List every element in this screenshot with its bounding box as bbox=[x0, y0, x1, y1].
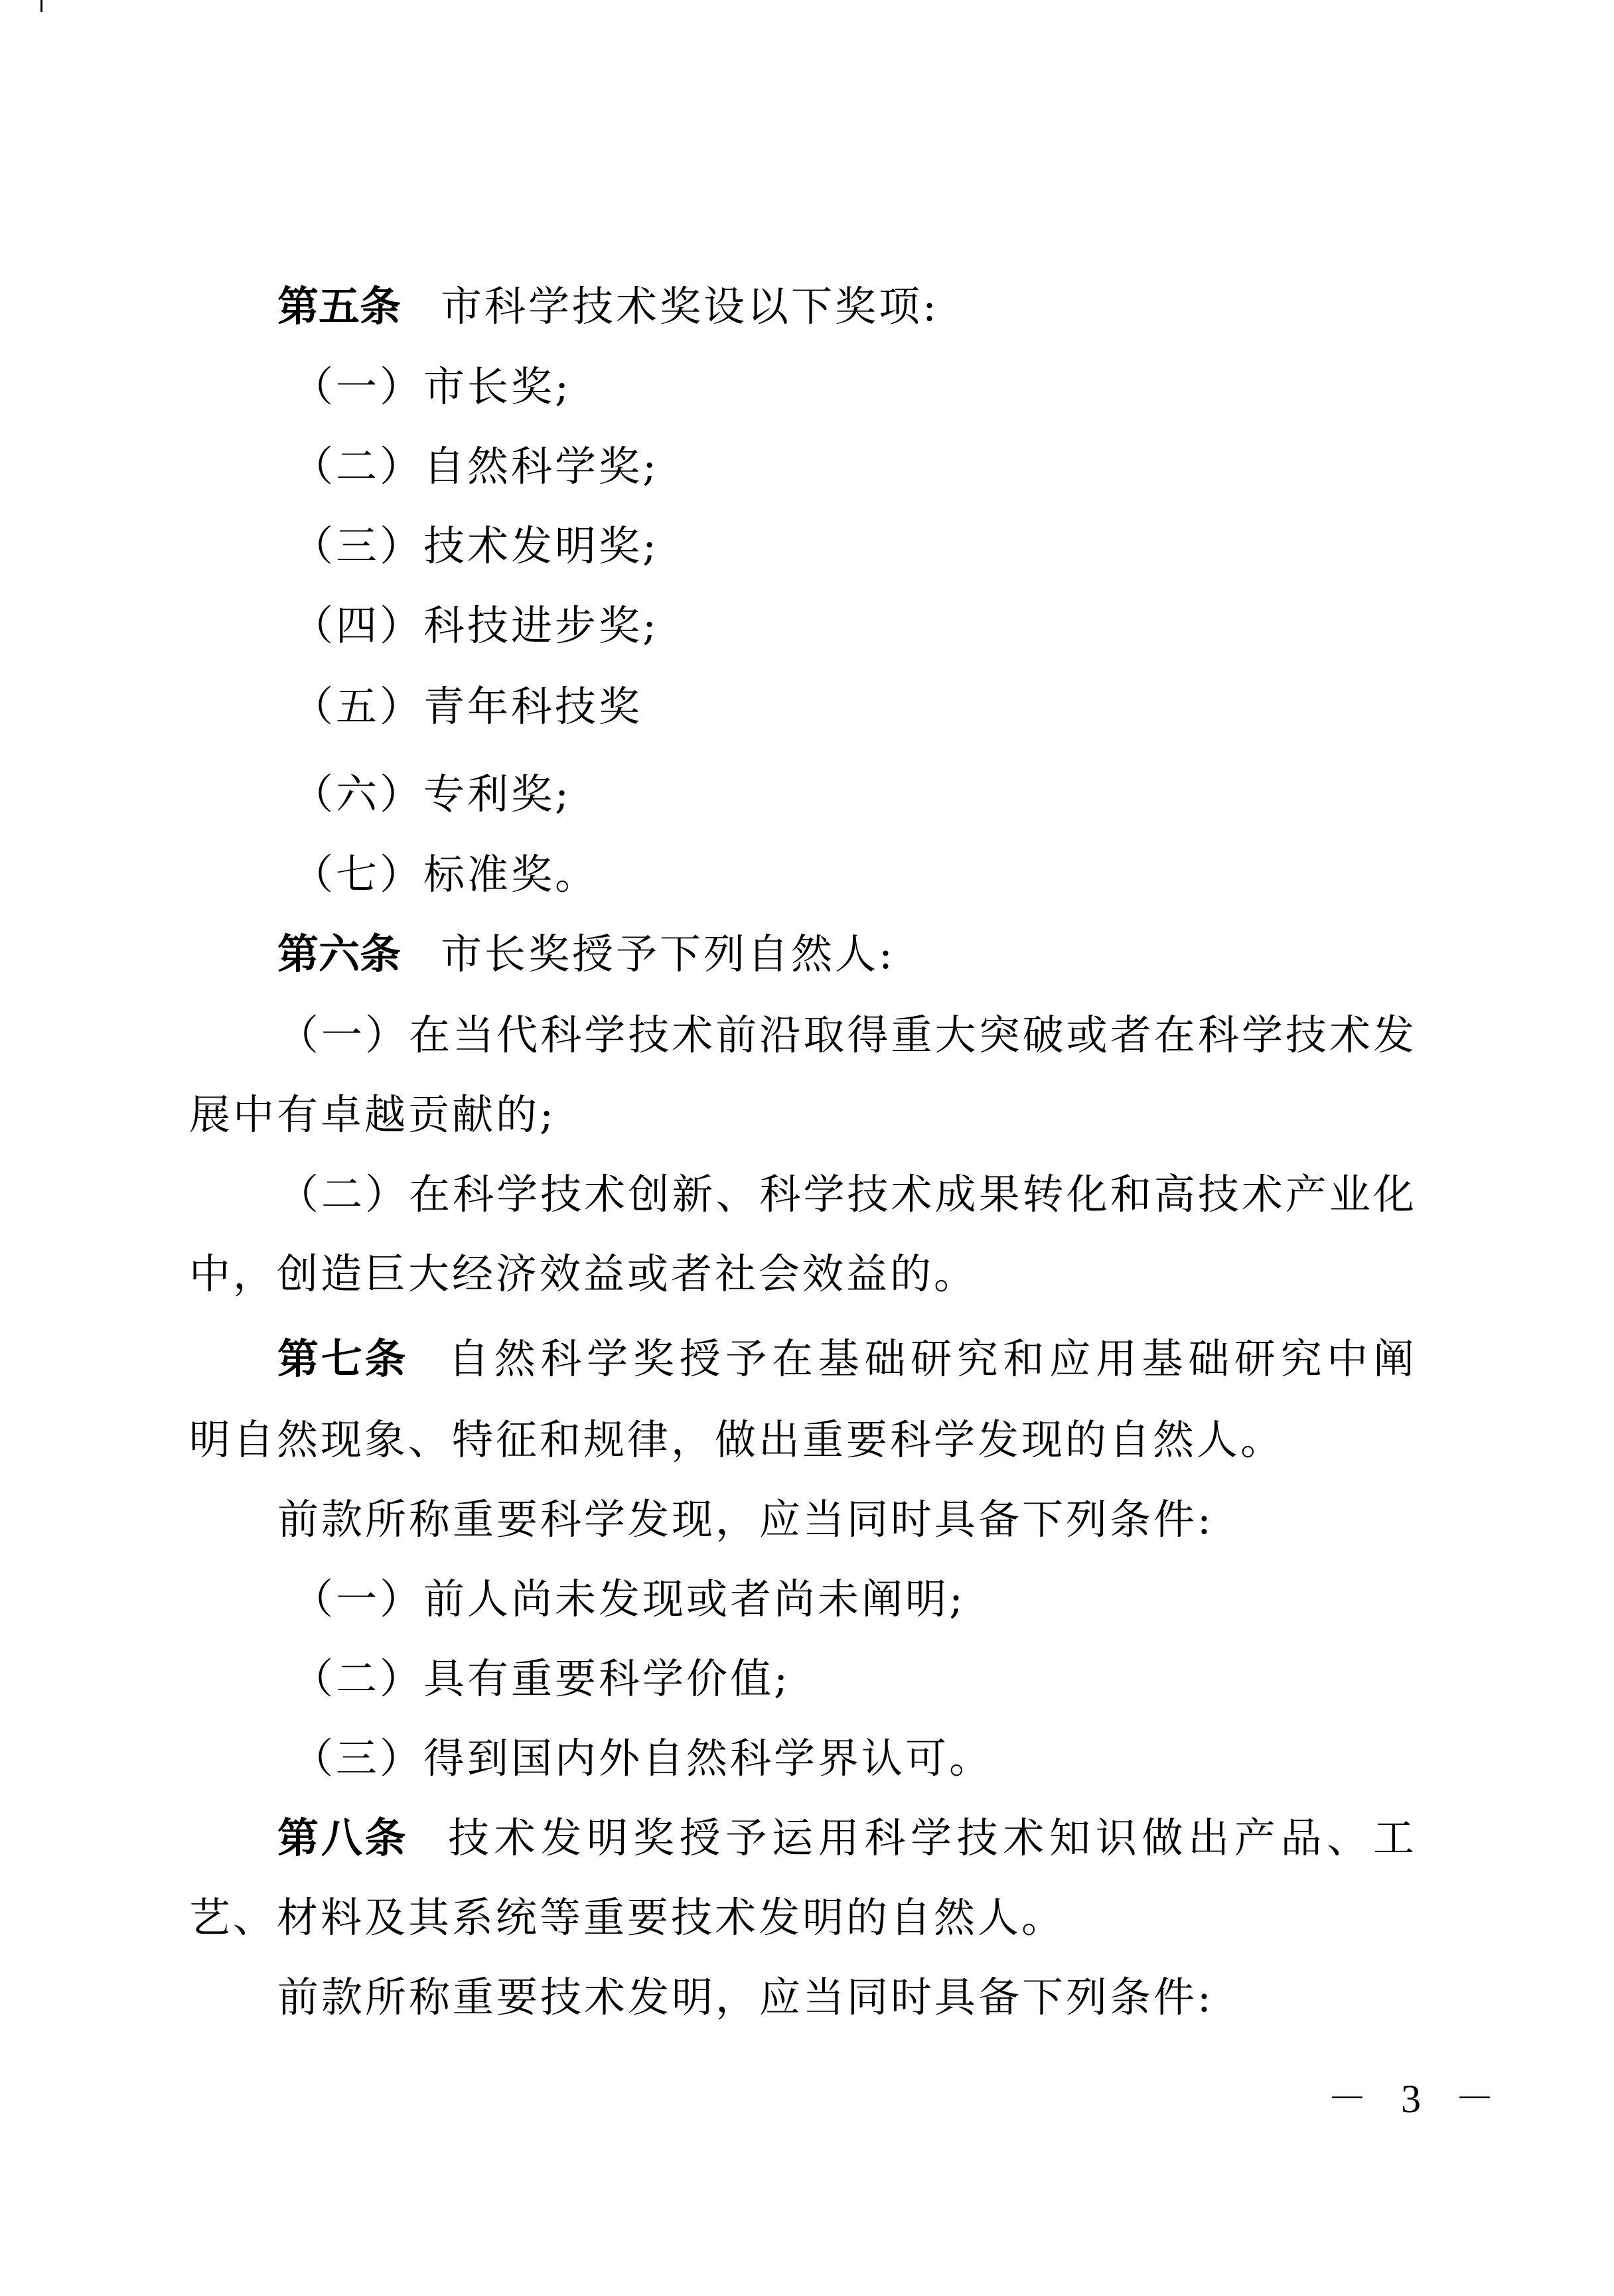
page-number: － 3 － bbox=[1327, 2076, 1506, 2122]
article-6-item-2-line-2: 中，创造巨大经济效益或者社会效益的。 bbox=[189, 1251, 978, 1297]
article-6-heading: 第六条市长奖授予下列自然人: bbox=[277, 931, 895, 977]
article-5-label: 第五条 bbox=[277, 282, 401, 330]
article-7-item-1: （一）前人尚未发现或者尚未阐明; bbox=[292, 1576, 966, 1622]
article-7-paragraph-2: 前款所称重要科学发现，应当同时具备下列条件: bbox=[277, 1496, 1214, 1543]
article-7-item-3: （三）得到国内外自然科学界认可。 bbox=[292, 1735, 993, 1782]
article-6-item-2-line-1: （二）在科学技术创新、科学技术成果转化和高技术产业化 bbox=[277, 1171, 1417, 1218]
article-6-item-1-line-1: （一）在当代科学技术前沿取得重大突破或者在科学技术发 bbox=[277, 1012, 1417, 1058]
article-6-item-1-line-2: 展中有卓越贡献的; bbox=[189, 1092, 556, 1138]
article-5-item-1: （一）市长奖; bbox=[292, 364, 571, 410]
article-5-item-2: （二）自然科学奖; bbox=[292, 443, 659, 490]
article-5-item-4: （四）科技进步奖; bbox=[292, 603, 659, 649]
article-5-lead: 市科学技术奖设以下奖项: bbox=[441, 282, 939, 330]
scan-margin-mark bbox=[40, 0, 42, 12]
article-7-lead-line-1: 自然科学奖授予在基础研究和应用基础研究中阐 bbox=[448, 1334, 1417, 1383]
article-5-item-6: （六）专利奖; bbox=[292, 771, 571, 818]
article-8-heading: 第八条技术发明奖授予运用科学技术知识做出产品、工 bbox=[277, 1815, 1417, 1861]
article-8-lead-line-1: 技术发明奖授予运用科学技术知识做出产品、工 bbox=[448, 1814, 1417, 1862]
article-5-item-7: （七）标准奖。 bbox=[292, 851, 599, 898]
article-7-heading: 第七条自然科学奖授予在基础研究和应用基础研究中阐 bbox=[277, 1336, 1417, 1382]
article-8-paragraph-2: 前款所称重要技术发明，应当同时具备下列条件: bbox=[277, 1974, 1214, 2021]
article-6-label: 第六条 bbox=[277, 930, 401, 978]
article-5-heading: 第五条市科学技术奖设以下奖项: bbox=[277, 283, 939, 330]
article-5-item-5: （五）青年科技奖 bbox=[292, 683, 642, 730]
article-6-lead: 市长奖授予下列自然人: bbox=[441, 930, 895, 978]
article-7-item-2: （二）具有重要科学价值; bbox=[292, 1656, 790, 1702]
article-8-lead-line-2: 艺、材料及其系统等重要技术发明的自然人。 bbox=[189, 1895, 1065, 1941]
article-7-label: 第七条 bbox=[277, 1334, 408, 1383]
article-5-item-3: （三）技术发明奖; bbox=[292, 523, 659, 569]
article-7-lead-line-2: 明自然现象、特征和规律，做出重要科学发现的自然人。 bbox=[189, 1417, 1284, 1463]
article-8-label: 第八条 bbox=[277, 1814, 408, 1862]
